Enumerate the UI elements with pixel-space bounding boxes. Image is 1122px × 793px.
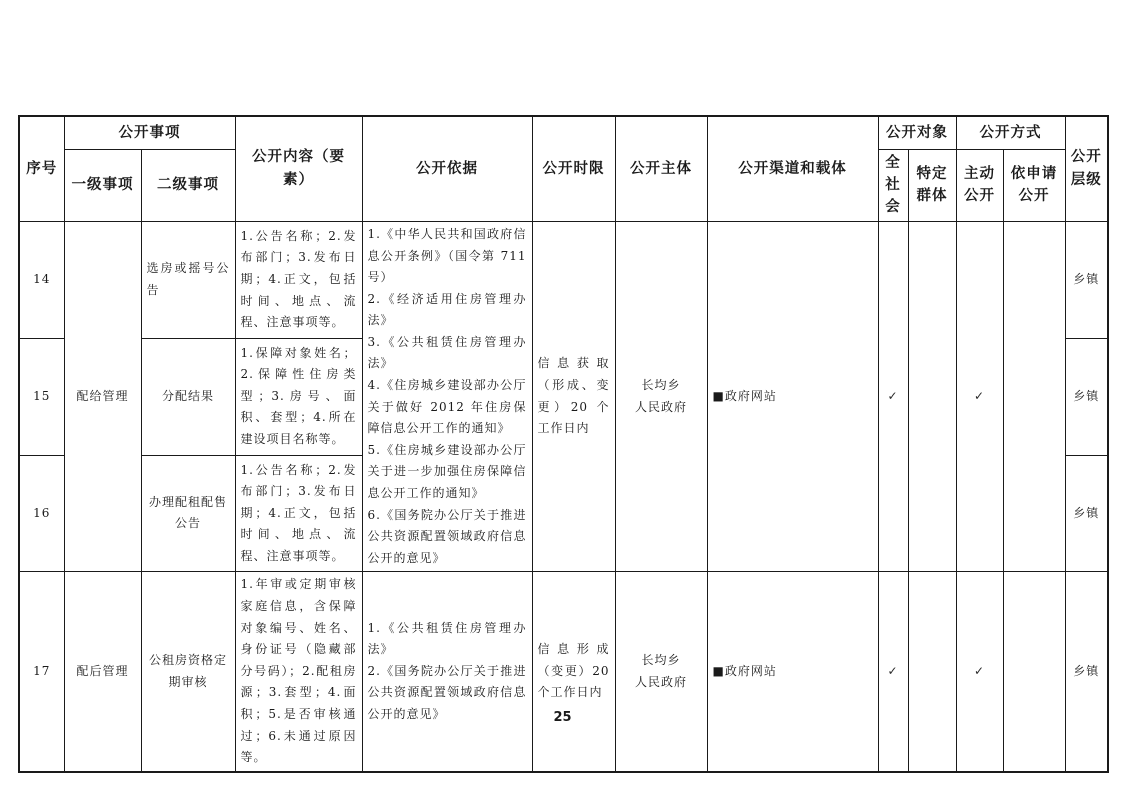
table-row-14: 14 配给管理 选房或摇号公告 1.公告名称；2.发布部门；3.发布日期；4.正… [19,221,1108,338]
header-disclosure-subject: 公开主体 [615,116,707,221]
disclosure-items-table: 序号 公开事项 公开内容（要素） 公开依据 公开时限 公开主体 公开渠道和载体 … [18,115,1109,773]
content-cell: 1.公告名称；2.发布部门；3.发布日期；4.正文，包括时间、地点、流程、注意事… [235,455,362,572]
level1-item-cell: 配后管理 [64,572,141,772]
header-proactive-disclosure: 主动 公开 [956,149,1003,221]
whole-society-check: ✓ [878,221,908,572]
level-cell: 乡镇 [1065,221,1108,338]
content-cell: 1.保障对象姓名；2.保障性住房类型；3.房号、面积、套型；4.所在建设项目名称… [235,338,362,455]
proactive-check: ✓ [956,572,1003,772]
content-cell: 1.年审或定期审核家庭信息，含保障对象编号、姓名、身份证号（隐藏部分号码）；2.… [235,572,362,772]
basis-cell: 1.《中华人民共和国政府信息公开条例》（国令第 711 号） 2.《经济适用住房… [362,221,532,572]
header-specific-group: 特定 群体 [908,149,956,221]
header-whole-society: 全 社 会 [878,149,908,221]
serial-number-cell: 17 [19,572,64,772]
document-page: 序号 公开事项 公开内容（要素） 公开依据 公开时限 公开主体 公开渠道和载体 … [0,0,1122,793]
level1-item-cell: 配给管理 [64,221,141,572]
header-disclosure-item: 公开事项 [64,116,235,149]
table-row-17: 17 配后管理 公租房资格定期审核 1.年审或定期审核家庭信息，含保障对象编号、… [19,572,1108,772]
specific-group-check [908,221,956,572]
header-level2-item: 二级事项 [141,149,235,221]
page-number: 25 [18,710,1107,725]
deadline-cell: 信息获取（形成、变更）20 个工作日内 [532,221,615,572]
header-disclosure-level: 公开 层级 [1065,116,1108,221]
basis-cell: 1.《公共租赁住房管理办法》 2.《国务院办公厅关于推进公共资源配置领域政府信息… [362,572,532,772]
on-request-check [1003,221,1065,572]
header-disclosure-method: 公开方式 [956,116,1065,149]
header-level1-item: 一级事项 [64,149,141,221]
on-request-check [1003,572,1065,772]
header-disclosure-content: 公开内容（要素） [235,116,362,221]
level-cell: 乡镇 [1065,338,1108,455]
level2-item-cell: 分配结果 [141,338,235,455]
serial-number-cell: 16 [19,455,64,572]
level2-item-cell: 办理配租配售公告 [141,455,235,572]
level2-item-cell: 选房或摇号公告 [141,221,235,338]
serial-number-cell: 15 [19,338,64,455]
subject-cell: 长均乡 人民政府 [615,221,707,572]
channel-cell: ■政府网站 [707,572,878,772]
specific-group-check [908,572,956,772]
header-disclosure-deadline: 公开时限 [532,116,615,221]
header-disclosure-basis: 公开依据 [362,116,532,221]
serial-number-cell: 14 [19,221,64,338]
header-serial-number: 序号 [19,116,64,221]
proactive-check: ✓ [956,221,1003,572]
level-cell: 乡镇 [1065,455,1108,572]
channel-cell: ■政府网站 [707,221,878,572]
deadline-cell: 信息形成（变更）20 个工作日内 [532,572,615,772]
level-cell: 乡镇 [1065,572,1108,772]
subject-cell: 长均乡 人民政府 [615,572,707,772]
level2-item-cell: 公租房资格定期审核 [141,572,235,772]
content-cell: 1.公告名称；2.发布部门；3.发布日期；4.正文，包括时间、地点、流程、注意事… [235,221,362,338]
header-disclosure-audience: 公开对象 [878,116,956,149]
header-disclosure-channel: 公开渠道和载体 [707,116,878,221]
header-on-request-disclosure: 依申请 公开 [1003,149,1065,221]
whole-society-check: ✓ [878,572,908,772]
